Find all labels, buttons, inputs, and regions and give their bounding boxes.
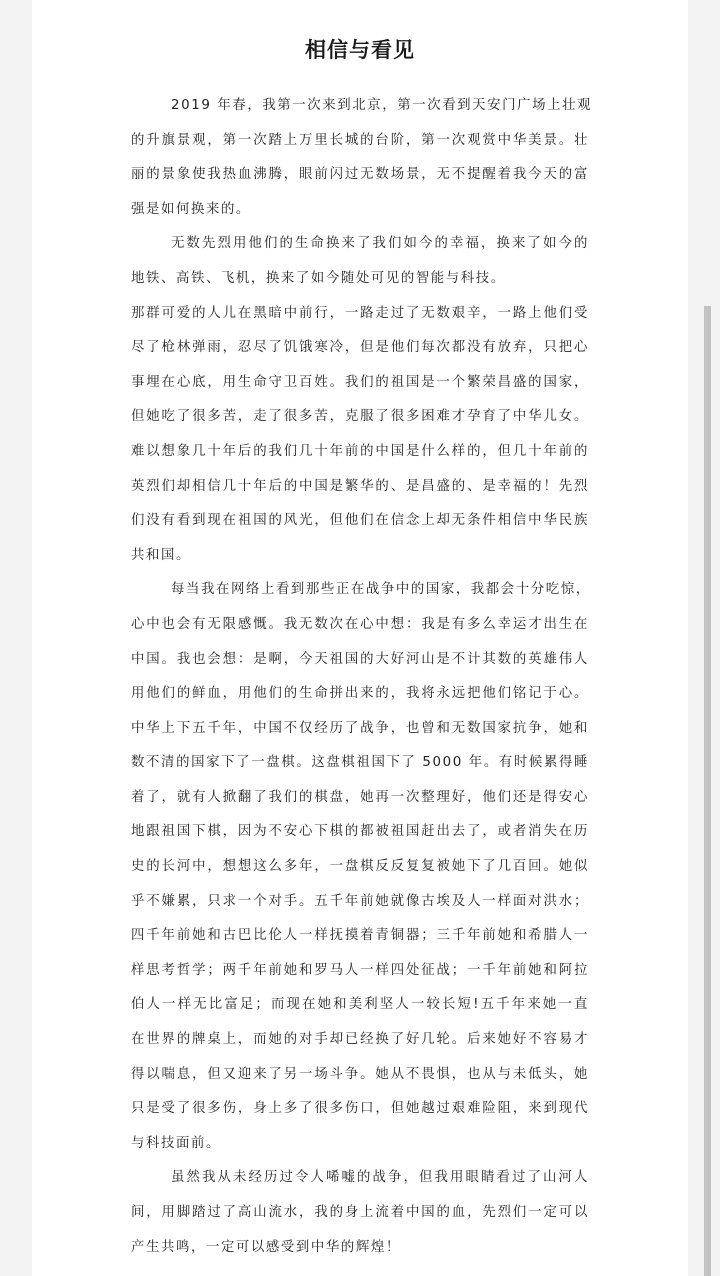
- paragraph-line: 丽的景象使我热血沸腾，眼前闪过无数场景，无不提醒着我今天的富: [131, 158, 589, 193]
- paragraph-line: 间，用脚踏过了高山流水，我的身上流着中国的血，先烈们一定可以: [131, 1196, 589, 1231]
- paragraph-line: 得以喘息，但又迎来了另一场斗争。她从不畏惧，也从与未低头，她: [131, 1058, 589, 1093]
- paragraph-line: 中国。我也会想：是啊，今天祖国的大好河山是不计其数的英雄伟人: [131, 643, 589, 678]
- paragraph-line: 用他们的鲜血，用他们的生命拼出来的，我将永远把他们铭记于心。: [131, 677, 589, 712]
- paragraph-line: 但她吃了很多苦，走了很多苦，克服了很多困难才孕育了中华儿女。: [131, 400, 589, 435]
- paragraph-line: 数不清的国家下了一盘棋。这盘棋祖国下了 5000 年。有时候累得睡: [131, 746, 589, 781]
- paragraph-line: 着了，就有人掀翻了我们的棋盘，她再一次整理好，他们还是得安心: [131, 781, 589, 816]
- paragraph-line: 与科技面前。: [131, 1127, 589, 1162]
- paragraph-line: 产生共鸣，一定可以感受到中华的辉煌！: [131, 1231, 589, 1266]
- paragraph-line: 四千年前她和古巴比伦人一样抚摸着青铜器；三千年前她和希腊人一: [131, 919, 589, 954]
- paragraph-line: 每当我在网络上看到那些正在战争中的国家，我都会十分吃惊，: [131, 573, 589, 608]
- scrollbar-thumb[interactable]: [704, 306, 711, 1276]
- paragraph-line: 无数先烈用他们的生命换来了我们如今的幸福，换来了如今的: [131, 227, 589, 262]
- paragraph-line: 样思考哲学；两千年前她和罗马人一样四处征战；一千年前她和阿拉: [131, 954, 589, 989]
- paragraph-line: 强是如何换来的。: [131, 193, 589, 228]
- paragraph-line: 那群可爱的人儿在黑暗中前行，一路走过了无数艰辛，一路上他们受: [131, 297, 589, 332]
- paragraph-line: 乎不嫌累，只求一个对手。五千年前她就像古埃及人一样面对洪水；: [131, 885, 589, 920]
- paragraph-line: 难以想象几十年后的我们几十年前的中国是什么样的，但几十年前的: [131, 435, 589, 470]
- paragraph-line: 的升旗景观，第一次踏上万里长城的台阶，第一次观赏中华美景。壮: [131, 124, 589, 159]
- paragraph: 每当我在网络上看到那些正在战争中的国家，我都会十分吃惊，心中也会有无限感慨。我无…: [131, 573, 589, 1161]
- paragraph: 无数先烈用他们的生命换来了我们如今的幸福，换来了如今的地铁、高铁、飞机，换来了如…: [131, 227, 589, 296]
- paragraph-line: 共和国。: [131, 539, 589, 574]
- paragraph-line: 中华上下五千年，中国不仅经历了战争，也曾和无数国家抗争，她和: [131, 712, 589, 747]
- paragraph: 2019 年春，我第一次来到北京，第一次看到天安门广场上壮观的升旗景观，第一次踏…: [131, 89, 589, 227]
- article-title: 相信与看见: [32, 35, 688, 65]
- paragraph: 那群可爱的人儿在黑暗中前行，一路走过了无数艰辛，一路上他们受尽了枪林弹雨，忍尽了…: [131, 297, 589, 574]
- paragraph-line: 伯人一样无比富足；而现在她和美利坚人一较长短!五千年来她一直: [131, 988, 589, 1023]
- paragraph-line: 们没有看到现在祖国的风光，但他们在信念上却无条件相信中华民族: [131, 504, 589, 539]
- paragraph-line: 虽然我从未经历过令人唏嘘的战争，但我用眼睛看过了山河人: [131, 1161, 589, 1196]
- paragraph-line: 事埋在心底，用生命守卫百姓。我们的祖国是一个繁荣昌盛的国家，: [131, 366, 589, 401]
- paragraph-line: 只是受了很多伤，身上多了很多伤口，但她越过艰难险阻，来到现代: [131, 1092, 589, 1127]
- paragraph-line: 英烈们却相信几十年后的中国是繁华的、是昌盛的、是幸福的！先烈: [131, 470, 589, 505]
- paragraph-line: 地铁、高铁、飞机，换来了如今随处可见的智能与科技。: [131, 262, 589, 297]
- article-body: 2019 年春，我第一次来到北京，第一次看到天安门广场上壮观的升旗景观，第一次踏…: [131, 89, 589, 1265]
- paragraph-line: 在世界的牌桌上，而她的对手却已经换了好几轮。后来她好不容易才: [131, 1023, 589, 1058]
- paragraph-line: 史的长河中，想想这么多年，一盘棋反反复复被她下了几百回。她似: [131, 850, 589, 885]
- paragraph-line: 地跟祖国下棋，因为不安心下棋的都被祖国赶出去了，或者消失在历: [131, 815, 589, 850]
- document-page: 相信与看见 2019 年春，我第一次来到北京，第一次看到天安门广场上壮观的升旗景…: [32, 0, 688, 1276]
- paragraph-line: 2019 年春，我第一次来到北京，第一次看到天安门广场上壮观: [131, 89, 589, 124]
- paragraph: 虽然我从未经历过令人唏嘘的战争，但我用眼睛看过了山河人间，用脚踏过了高山流水，我…: [131, 1161, 589, 1265]
- paragraph-line: 心中也会有无限感慨。我无数次在心中想：我是有多么幸运才出生在: [131, 608, 589, 643]
- paragraph-line: 尽了枪林弹雨，忍尽了饥饿寒冷，但是他们每次都没有放弃，只把心: [131, 331, 589, 366]
